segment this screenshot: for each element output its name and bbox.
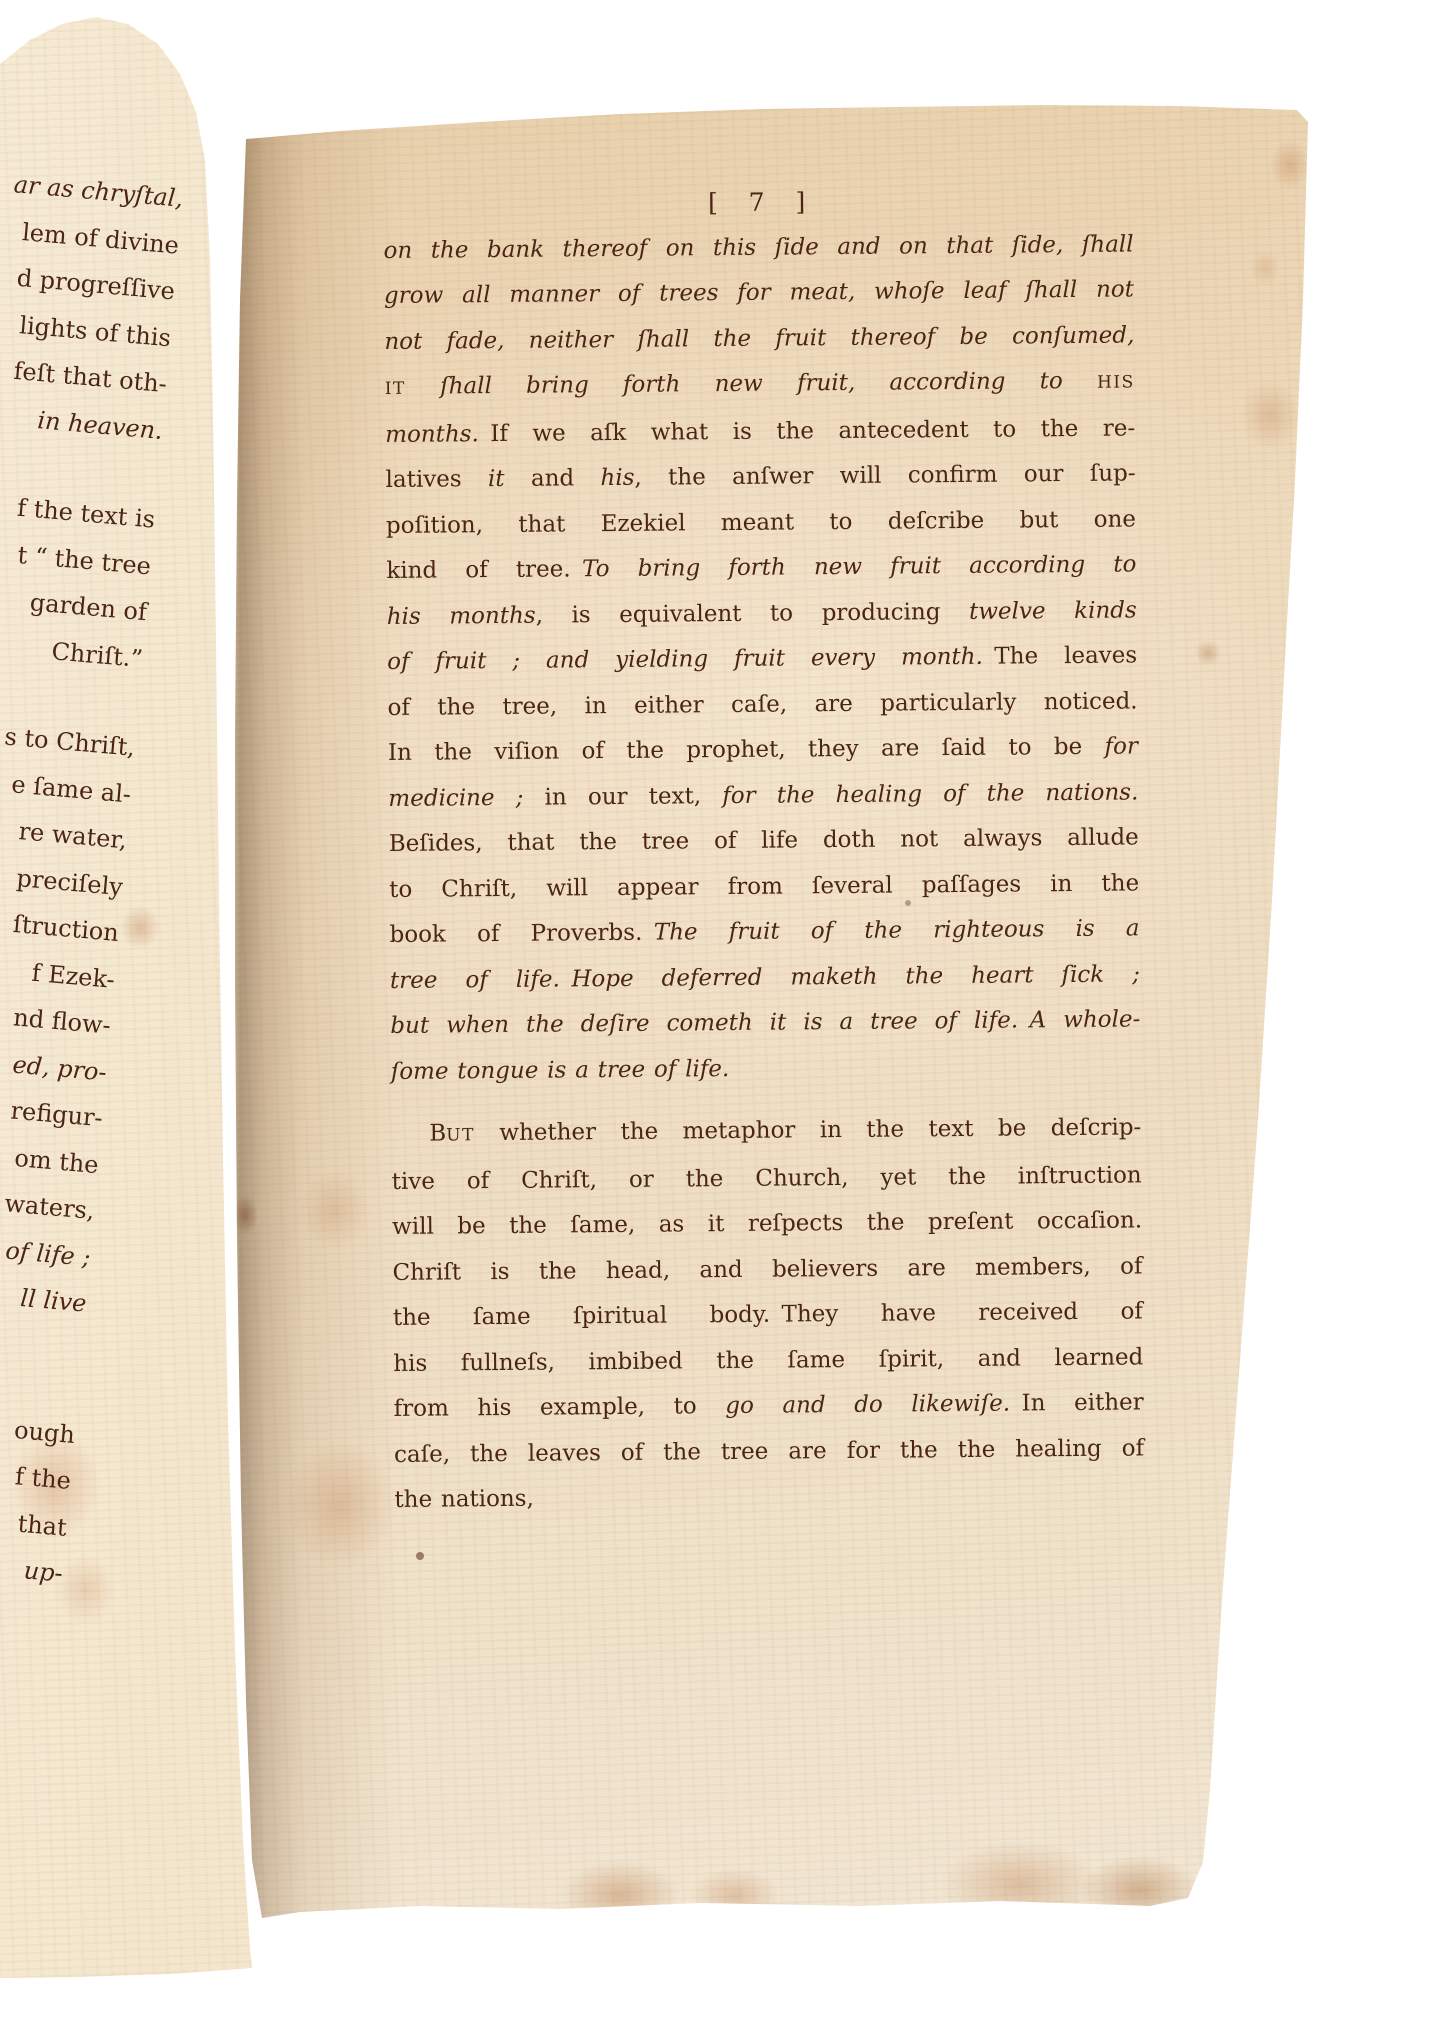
text-line: ſtruction [0,884,121,956]
text-line: f Ezek- [0,930,117,1002]
text-line: not fade, neither ſhall the fruit thereo… [384,313,1134,365]
ink-speck [416,1552,424,1560]
text-line: t “ the tree [0,517,153,589]
page-curl-shadow [0,0,1445,2023]
text-line: ll live [0,1255,88,1327]
ink-speck [905,900,911,906]
text-line: nd flow- [0,977,113,1049]
text-line: ed, pro- [0,1023,109,1095]
paper-texture [0,0,1445,2023]
text-line: to Chriſt, will appear from ſeveral paſſ… [389,861,1139,913]
text-line: BUT whether the metaphor in the text be … [391,1105,1141,1159]
page-number: [ 7 ] [383,176,1133,228]
left-page-text-fragments: ar as chryſtal,lem of divined progreſſiv… [0,150,185,1597]
foxing-stain [1080,1855,1200,1925]
text-line: medicine ; in our text, for the healing … [388,770,1138,822]
foxing-stain [940,1840,1100,1930]
foxing-stain [1240,380,1300,450]
text-line: up- [0,1525,65,1597]
paragraph-1: on the bank thereof on this ſide and on … [383,222,1141,1095]
page-content: [ 7 ] on the bank thereof on this ſide a… [383,176,1145,1523]
text-line: poſition, that Ezekiel meant to deſcribe… [386,497,1136,549]
text-line: the ſame ſpiritual body. They have recei… [393,1289,1143,1341]
fold-blemish [232,1195,258,1235]
text-line: on the bank thereof on this ſide and on … [383,222,1133,274]
text-line: In the viſion of the prophet, they are ſ… [388,724,1138,776]
text-line: latives it and his, the anſwer will conf… [385,451,1135,503]
gutter-shadow [0,0,1445,2023]
text-line: in heaven. [0,381,165,453]
text-line: tree of life. Hope deferred maketh the h… [390,952,1140,1004]
text-line: that [0,1478,69,1550]
text-line: ſome tongue is a tree of life. [391,1043,1141,1095]
text-line: Beſides, that the tree of life doth not … [389,815,1139,867]
foxing-stain [1270,140,1310,190]
text-line: of the tree, in either caſe, are particu… [387,679,1137,731]
text-line: refigur- [0,1069,105,1141]
text-line: re water, [0,791,129,863]
paper-texture [0,0,1445,2023]
foxing-stain [560,1860,680,1930]
text-line: d progreſſive [0,242,177,314]
text-line: kind of tree. To bring forth new fruit a… [386,542,1136,594]
text-line: grow all manner of trees for meat, whoſe… [384,267,1134,319]
text-line: Chriſt is the head, and believers are me… [392,1244,1142,1296]
text-line: his fullneſs, imbibed the ſame ſpirit, a… [393,1335,1143,1387]
foxing-stain [10,1430,100,1540]
text-line: preciſely [0,838,125,910]
paragraph-2: BUT whether the metaphor in the text be … [391,1105,1145,1523]
foxing-stain [120,905,160,950]
text-line: garden of [0,563,149,635]
text-line: the nations, [394,1471,1144,1523]
text-line: ough [0,1386,77,1458]
text-line: of life ; [0,1208,92,1280]
text-line: caſe, the leaves of the tree are for the… [394,1426,1144,1478]
left-page: ar as chryſtal,lem of divined progreſſiv… [0,0,1445,2023]
foxing-stain [1195,640,1221,666]
foxing-stain [300,1170,370,1250]
text-line: of fruit ; and yielding fruit every mont… [387,633,1137,685]
text-line: s to Chriſt, [0,699,137,771]
text-line: om the [0,1116,101,1188]
page-edge-shading [0,0,1445,2023]
text-line: will be the ſame, as it reſpects the pre… [392,1198,1142,1250]
text-line: waters, [0,1162,96,1234]
text-line: f the text is [0,471,157,543]
text-line: e ſame al- [0,745,133,817]
text-line: book of Proverbs. The fruit of the right… [389,906,1139,958]
book-photograph: ar as chryſtal,lem of divined progreſſiv… [0,0,1445,2023]
text-line: f the [0,1432,73,1504]
right-page: [ 7 ] on the bank thereof on this ſide a… [0,0,1445,2023]
text-line: tive of Chriſt, or the Church, yet the i… [392,1153,1142,1205]
text-line: but when the deſire cometh it is a tree … [390,997,1140,1049]
text-line: lights of this [0,289,173,361]
text-line: lem of divine [0,196,181,268]
text-line: his months, is equivalent to producing t… [387,588,1137,640]
text-line: IT ſhall bring forth new fruit, accordin… [385,358,1135,412]
text-line: from his example, to go and do likewiſe.… [394,1380,1144,1432]
text-line: feſt that oth- [0,335,169,407]
foxing-stain [1250,250,1280,286]
foxing-stain [285,1440,395,1570]
text-line: Chriſt.” [0,610,145,682]
text-line: months. If we aſk what is the antecedent… [385,406,1135,458]
text-line: ar as chryſtal, [0,150,185,222]
foxing-stain [690,1868,780,1923]
foxing-stain [55,1555,115,1625]
